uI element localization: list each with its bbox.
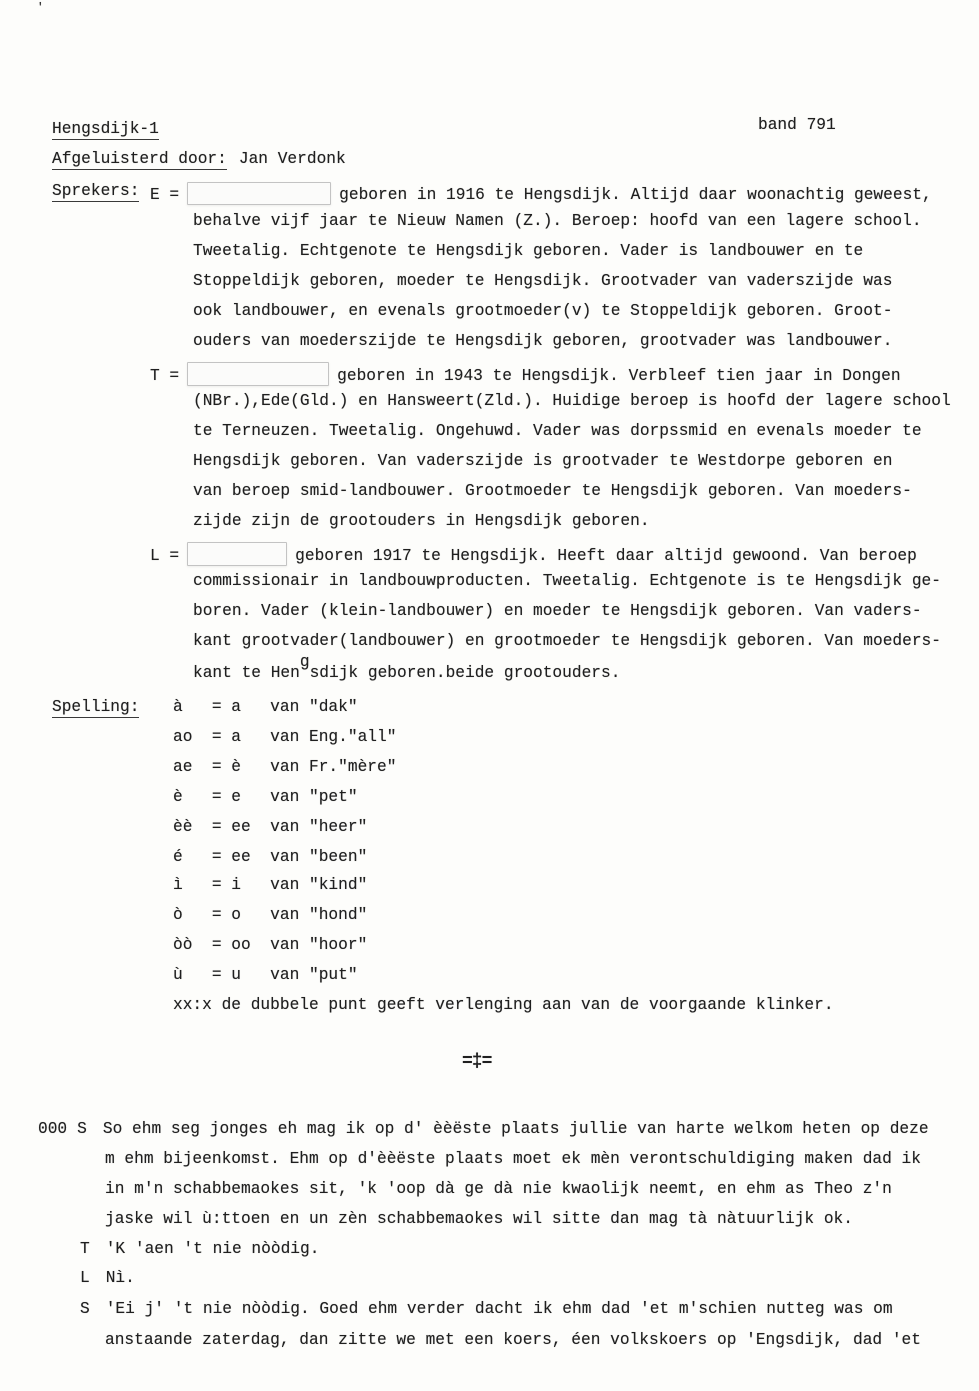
spelling-row-10: ù = u van "put" (173, 966, 358, 985)
utterance-4-line-2: anstaande zaterdag, dan zitte we met een… (105, 1331, 921, 1350)
speaker-l-line-1: L =geboren 1917 te Hengsdijk. Heeft daar… (150, 542, 917, 566)
spelling-row-11: xx:x de dubbele punt geeft verlenging aa… (173, 996, 834, 1015)
utterance-3-line-1: LNì. (80, 1269, 135, 1288)
utterance-1-line-2: m ehm bijeenkomst. Ehm op d'èèëste plaat… (105, 1150, 921, 1169)
speaker-t-label: T = (150, 367, 179, 385)
speaker-e-text-1: geboren in 1916 te Hengsdijk. Altijd daa… (339, 186, 932, 204)
listened-by-line: Afgeluisterd door:Jan Verdonk (52, 150, 346, 169)
utterance-4-line-1: S'Ei j' 't nie nòòdig. Goed ehm verder d… (80, 1300, 893, 1319)
utterance-text: 'Ei j' 't nie nòòdig. Goed ehm verder da… (106, 1300, 893, 1318)
spelling-row-3: ae = è van Fr."mère" (173, 758, 396, 777)
speaker-e-line-1: E =geboren in 1916 te Hengsdijk. Altijd … (150, 182, 932, 205)
speaker-t-line-5: van beroep smid-landbouwer. Grootmoeder … (193, 482, 912, 501)
spelling-row-4: è = e van "pet" (173, 788, 358, 807)
redacted-name-box-l (187, 542, 287, 566)
spelling-row-6: é = ee van "been" (173, 848, 367, 867)
speaker-t-line-2: (NBr.),Ede(Gld.) en Hansweert(Zld.). Hui… (193, 392, 951, 411)
timecode: 000 (38, 1120, 67, 1138)
speaker-l-line-2: commissionair in landbouwproducten. Twee… (193, 572, 941, 591)
speaker-l-line-4: kant grootvader(landbouwer) en grootmoed… (193, 632, 941, 651)
speaker-letter-s: S (80, 1300, 90, 1318)
speaker-e-line-3: Tweetalig. Echtgenote te Hengsdijk gebor… (193, 242, 863, 261)
speaker-letter-s: S (77, 1120, 87, 1138)
speaker-e-line-2: behalve vijf jaar te Nieuw Namen (Z.). B… (193, 212, 922, 231)
speaker-l-label: L = (150, 547, 179, 565)
page-title-text: Hengsdijk-1 (52, 120, 159, 140)
spelling-row-1: à = a van "dak" (173, 698, 358, 717)
spelling-row-7: ì = i van "kind" (173, 876, 367, 895)
redacted-name-box-t (187, 362, 329, 386)
spelling-row-9: òò = oo van "hoor" (173, 936, 367, 955)
utterance-1-line-1: 000SSo ehm seg jonges eh mag ik op d' èè… (38, 1120, 929, 1139)
utterance-1-line-4: jaske wil ù:ttoen en un zèn schabbemaoke… (105, 1210, 853, 1229)
spelling-row-5: èè = ee van "heer" (173, 818, 367, 837)
spelling-row-2: ao = a van Eng."all" (173, 728, 396, 747)
speaker-l-text-1: geboren 1917 te Hengsdijk. Heeft daar al… (295, 547, 917, 565)
speaker-l-line-3: boren. Vader (klein-landbouwer) en moede… (193, 602, 922, 621)
spelling-section-label: Spelling: (52, 698, 139, 717)
utterance-text: So ehm seg jonges eh mag ik op d' èèëste… (103, 1120, 929, 1138)
utterance-2-line-1: T'K 'aen 't nie nòòdig. (80, 1240, 319, 1259)
speaker-letter-l: L (80, 1269, 90, 1287)
stray-scan-mark: ' (37, 2, 44, 15)
inserted-superscript-g: g (300, 653, 310, 672)
speaker-t-line-3: te Terneuzen. Tweetalig. Ongehuwd. Vader… (193, 422, 922, 441)
spelling-row-8: ò = o van "hond" (173, 906, 367, 925)
speaker-t-line-6: zijde zijn de grootouders in Hengsdijk g… (193, 512, 650, 531)
speaker-e-line-6: ouders van moederszijde te Hengsdijk geb… (193, 332, 892, 351)
speaker-l-text-5-post: sdijk geboren.beide grootouders. (310, 664, 621, 682)
speaker-e-label: E = (150, 186, 179, 204)
listened-by-value: Jan Verdonk (239, 150, 346, 168)
listened-by-label: Afgeluisterd door: (52, 150, 227, 170)
utterance-text: 'K 'aen 't nie nòòdig. (106, 1240, 320, 1258)
speakers-section-label: Sprekers: (52, 182, 139, 201)
speaker-e-line-5: ook landbouwer, en evenals grootmoeder(v… (193, 302, 892, 321)
scanned-document-page: ' Hengsdijk-1 band 791 Afgeluisterd door… (0, 0, 979, 1391)
speaker-t-line-1: T =geboren in 1943 te Hengsdijk. Verblee… (150, 362, 901, 386)
speaker-t-text-1: geboren in 1943 te Hengsdijk. Verbleef t… (337, 367, 900, 385)
utterance-1-line-3: in m'n schabbemaokes sit, 'k 'oop dà ge … (105, 1180, 892, 1199)
speaker-l-text-5-pre: kant te Hen (193, 664, 300, 682)
utterance-text: Nì. (106, 1269, 135, 1287)
speaker-t-line-4: Hengsdijk geboren. Van vaderszijde is gr… (193, 452, 892, 471)
speaker-e-line-4: Stoppeldijk geboren, moeder te Hengsdijk… (193, 272, 892, 291)
redacted-name-box-e (187, 182, 331, 205)
speaker-l-line-5: kant te Hengsdijk geboren.beide grootoud… (193, 664, 620, 683)
section-divider: =‡= (462, 1052, 491, 1074)
band-number: band 791 (758, 116, 836, 135)
speaker-letter-t: T (80, 1240, 90, 1258)
page-title: Hengsdijk-1 (52, 120, 159, 139)
